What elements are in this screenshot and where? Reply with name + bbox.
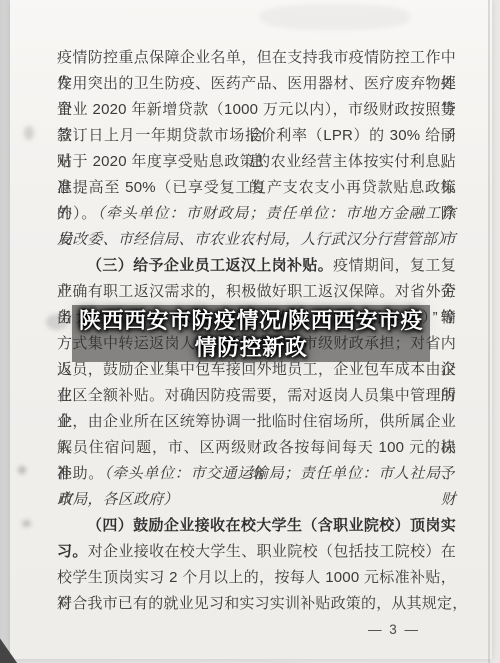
document-line: 习。对企业接收在校大学生、职业院校（包括技工院校）在: [57, 539, 456, 565]
scan-smudge: [260, 4, 410, 30]
scan-smudge: [18, 466, 26, 474]
overlay-title-line2: 情防控新政: [195, 334, 308, 361]
document-line: 对于 2020 年度享受贴息政策的农业经营主体按实付利息贴息的标: [57, 149, 456, 175]
document-line: 作用突出的卫生防疫、医药产品、医用器材、医疗废弃物处置等: [57, 71, 456, 97]
page-number: — 3 —: [368, 622, 420, 637]
document-line: 发改委、市经信局、市农业农村局，人行武汉分行营管部）: [57, 227, 456, 253]
text-segment: 符合我市已有的就业见习和实习实训补贴政策的，从其规定，: [57, 595, 467, 612]
text-segment: 发改委、市经信局、市农业农村局，人行武汉分行营管部）: [57, 232, 452, 248]
text-segment: 外）。: [57, 205, 97, 222]
document-line: 准提高至 50%（已享受复工复产支农支小再贷款贴息政策的除: [57, 175, 456, 201]
text-segment: 对企业接收在校大学生、职业院校（包括技工院校）在: [88, 543, 456, 560]
scan-smudge: [24, 126, 34, 140]
text-segment: 习。: [57, 543, 88, 560]
document-line: 校学生顶岗实习 2 个月以上的，按每人 1000 元标准补贴，对: [57, 565, 456, 591]
text-segment: （三）给予企业员工返汉上岗补贴。: [87, 257, 333, 274]
document-line: 业，由企业所在区统筹协调一批临时住宿场所，供所属企业解决: [57, 409, 456, 435]
document-line: 人员住宿问题，市、区两级财政各按每间每天 100 元的标准给予: [57, 435, 456, 461]
document-line: 在区全额补贴。对确因防疫需要，需对返岗人员集中管理的企: [57, 383, 456, 409]
document-line: 业确有职工返汉需求的，积极做好职工返汉保障。对省外劳务输: [57, 279, 456, 305]
overlay-title-line1: 陕西西安市防疫情况/陕西西安市疫: [79, 307, 423, 334]
document-line: 企业 2020 年新增贷款（1000 万元以内），市级财政按照贷款合同: [57, 97, 456, 123]
document-line: 外）。（牵头单位：市财政局；责任单位：市地方金融工作局、市: [57, 201, 456, 227]
text-segment: 政局，各区政府）: [57, 492, 179, 508]
document-line: 符合我市已有的就业见习和实习实训补贴政策的，从其规定，: [57, 591, 456, 617]
text-segment: （四）鼓励企业接收在校大学生（含职业院校）顶岗实: [87, 517, 456, 534]
document-line: （三）给予企业员工返汉上岗补贴。疫情期间，复工复产企: [57, 253, 456, 279]
scan-smudge: [22, 520, 31, 527]
text-segment: 补助。: [57, 465, 104, 482]
document-line: 疫情防控重点保障企业名单，但在支持我市疫情防控工作中发挥: [57, 45, 456, 71]
overlay-banner: 陕西西安市防疫情况/陕西西安市疫 情防控新政: [72, 305, 430, 362]
scanned-photo-background: 疫情防控重点保障企业名单，但在支持我市疫情防控工作中发挥作用突出的卫生防疫、医药…: [0, 0, 500, 663]
document-line: （四）鼓励企业接收在校大学生（含职业院校）顶岗实: [57, 513, 456, 539]
document-line: 补助。（牵头单位：市交通运输局；责任单位：市人社局、市财: [57, 461, 456, 487]
page-right-edge: [488, 0, 490, 663]
document-line: 签订日上月一年期贷款市场报价利率（LPR）的 30% 给予贴息。: [57, 123, 456, 149]
